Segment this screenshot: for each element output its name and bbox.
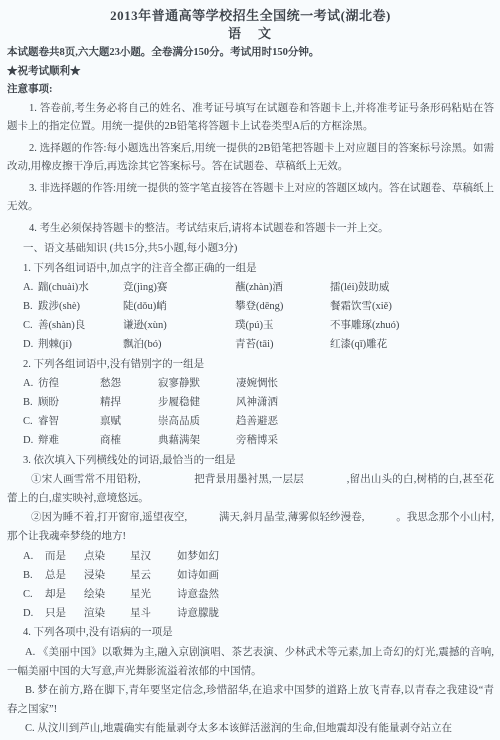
option-col: 旁稽博采 [236,431,278,450]
question-3-stem: 3. 依次填入下列横线处的词语,最恰当的一组是 [23,451,494,470]
question-2-option-d: D. 辩难 商榷 典藉满架 旁稽博采 [23,431,494,450]
option-col: 诗意朦胧 [177,604,219,623]
question-1-option-d: D. 荆棘(jí) 飘泊(bó) 青苔(tāi) 红漆(qī)雕花 [23,335,494,354]
exam-wish-line: ★祝考试顺利★ [7,63,494,82]
question-4-stem: 4. 下列各项中,没有语病的一项是 [23,623,494,642]
option-col: 步履稳健 [158,393,236,412]
option-col: 典藉满架 [158,431,236,450]
question-3-passage-1: ①宋人画雪常不用铅粉, 把背景用墨衬黑,一层层 ,留出山头的白,树梢的白,甚至花… [7,470,494,508]
option-col: 只是 [45,604,84,623]
question-3-passage-2: ②因为睡不着,打开窗帘,遥望夜空, 满天,斜月晶莹,薄雾似轻纱漫卷, 。我思念那… [7,508,494,546]
option-col: 点染 [84,547,130,566]
question-4-option-b: B. 梦在前方,路在脚下,青年要坚定信念,珍惜韶华,在追求中国梦的道路上放飞青春… [7,681,494,719]
option-col: 顾盼 [38,393,100,412]
option-col: 总是 [45,566,84,585]
option-col: 星汉 [130,547,177,566]
question-1-option-c: C. 善(shàn)良 谦逊(xùn) 璞(pú)玉 不事雕琢(zhuó) [23,316,494,335]
option-col: 却是 [45,585,84,604]
note-item-1: 1. 答卷前,考生务必将自己的姓名、准考证号填写在试题卷和答题卡上,并将准考证号… [7,100,494,137]
option-col: 如诗如画 [177,566,219,585]
option-label: D. [23,604,45,623]
option-label: C. [23,316,38,335]
option-col: 攀登(dēng) [235,297,330,316]
option-col: 如梦如幻 [177,547,219,566]
option-col: 星斗 [130,604,177,623]
question-1-option-b: B. 跋涉(shè) 陡(dǒu)峭 攀登(dēng) 餐霜饮雪(xiě) [23,297,494,316]
option-col: 蘸(zhàn)酒 [235,278,330,297]
option-col: 善(shàn)良 [38,316,123,335]
option-col: 红漆(qī)雕花 [330,335,387,354]
question-3-option-d: D. 只是 渲染 星斗 诗意朦胧 [23,604,494,623]
option-col: 星光 [130,585,177,604]
option-col: 荆棘(jí) [38,335,123,354]
option-col: 商榷 [100,431,158,450]
option-col: 趋善避恶 [236,412,278,431]
option-col: 睿智 [38,412,100,431]
option-label: A. [23,278,38,297]
exam-intro: 本试题卷共8页,六大题23小题。全卷满分150分。考试用时150分钟。 [7,44,494,63]
option-col: 渲染 [84,604,130,623]
option-col: 飘泊(bó) [123,335,235,354]
question-2-stem: 2. 下列各组词语中,没有错别字的一组是 [23,355,494,374]
option-col: 寂寥静默 [158,374,236,393]
question-2-option-c: C. 睿智 禀赋 崇高品质 趋善避恶 [23,412,494,431]
option-col: 踹(chuài)水 [38,278,123,297]
question-3-option-c: C. 却是 绘染 星光 诗意盎然 [23,585,494,604]
question-4-option-c: C. 从汶川到芦山,地震确实有能量剥夺太多本该鲜活滋润的生命,但地震却没有能量剥… [7,719,494,738]
option-col: 禀赋 [100,412,158,431]
option-col: 谦逊(xùn) [123,316,235,335]
option-col: 凄婉惆怅 [236,374,278,393]
option-col: 竞(jìng)赛 [123,278,235,297]
option-label: A. [23,374,38,393]
option-label: A. [23,547,45,566]
option-col: 擂(léi)鼓助威 [330,278,390,297]
option-col: 跋涉(shè) [38,297,123,316]
option-col: 崇高品质 [158,412,236,431]
option-col: 青苔(tāi) [235,335,330,354]
question-1-stem: 1. 下列各组词语中,加点字的注音全都正确的一组是 [23,259,494,278]
option-col: 不事雕琢(zhuó) [330,316,399,335]
question-3-option-b: B. 总是 浸染 星云 如诗如画 [23,566,494,585]
option-col: 诗意盎然 [177,585,219,604]
option-col: 星云 [130,566,177,585]
option-col: 而是 [45,547,84,566]
exam-page: 2013年普通高等学校招生全国统一考试(湖北卷) 语 文 本试题卷共8页,六大题… [0,0,500,739]
option-label: B. [23,566,45,585]
section-heading: 一、语文基础知识 (共15分,共5小题,每小题3分) [23,240,494,259]
option-label: B. [23,393,38,412]
note-item-3: 3. 非选择题的作答:用统一提供的签字笔直接答在答题卡上对应的答题区域内。答在试… [7,180,494,217]
option-col: 陡(dǒu)峭 [123,297,235,316]
option-col: 绘染 [84,585,130,604]
option-col: 浸染 [84,566,130,585]
question-2-option-b: B. 顾盼 精捍 步履稳健 风神潇洒 [23,393,494,412]
option-col: 愁怨 [100,374,158,393]
question-4-option-a: A. 《美丽中国》以歌舞为主,融入京剧演唱、茶艺表演、少林武术等元素,加上奇幻的… [7,643,494,681]
option-label: B. [23,297,38,316]
exam-title: 2013年普通高等学校招生全国统一考试(湖北卷) [7,5,494,24]
option-col: 风神潇洒 [236,393,278,412]
question-3-option-a: A. 而是 点染 星汉 如梦如幻 [23,547,494,566]
note-item-2: 2. 选择题的作答:每小题选出答案后,用统一提供的2B铅笔把答题卡上对应题目的答… [7,140,494,177]
notes-title: 注意事项: [7,81,494,100]
option-col: 彷徨 [38,374,100,393]
option-label: C. [23,412,38,431]
question-2-option-a: A. 彷徨 愁怨 寂寥静默 凄婉惆怅 [23,374,494,393]
option-label: C. [23,585,45,604]
questions-block: 1. 下列各组词语中,加点字的注音全都正确的一组是 A. 踹(chuài)水 竞… [7,259,494,739]
note-item-4: 4. 考生必须保持答题卡的整洁。考试结束后,请将本试题卷和答题卡一并上交。 [7,220,494,239]
question-1-option-a: A. 踹(chuài)水 竞(jìng)赛 蘸(zhàn)酒 擂(léi)鼓助威 [23,278,494,297]
option-col: 辩难 [38,431,100,450]
exam-subject: 语 文 [7,24,494,44]
option-label: D. [23,431,38,450]
option-label: D. [23,335,38,354]
option-col: 精捍 [100,393,158,412]
option-col: 璞(pú)玉 [235,316,330,335]
notes-list: 1. 答卷前,考生务必将自己的姓名、准考证号填写在试题卷和答题卡上,并将准考证号… [7,100,494,239]
option-col: 餐霜饮雪(xiě) [330,297,392,316]
